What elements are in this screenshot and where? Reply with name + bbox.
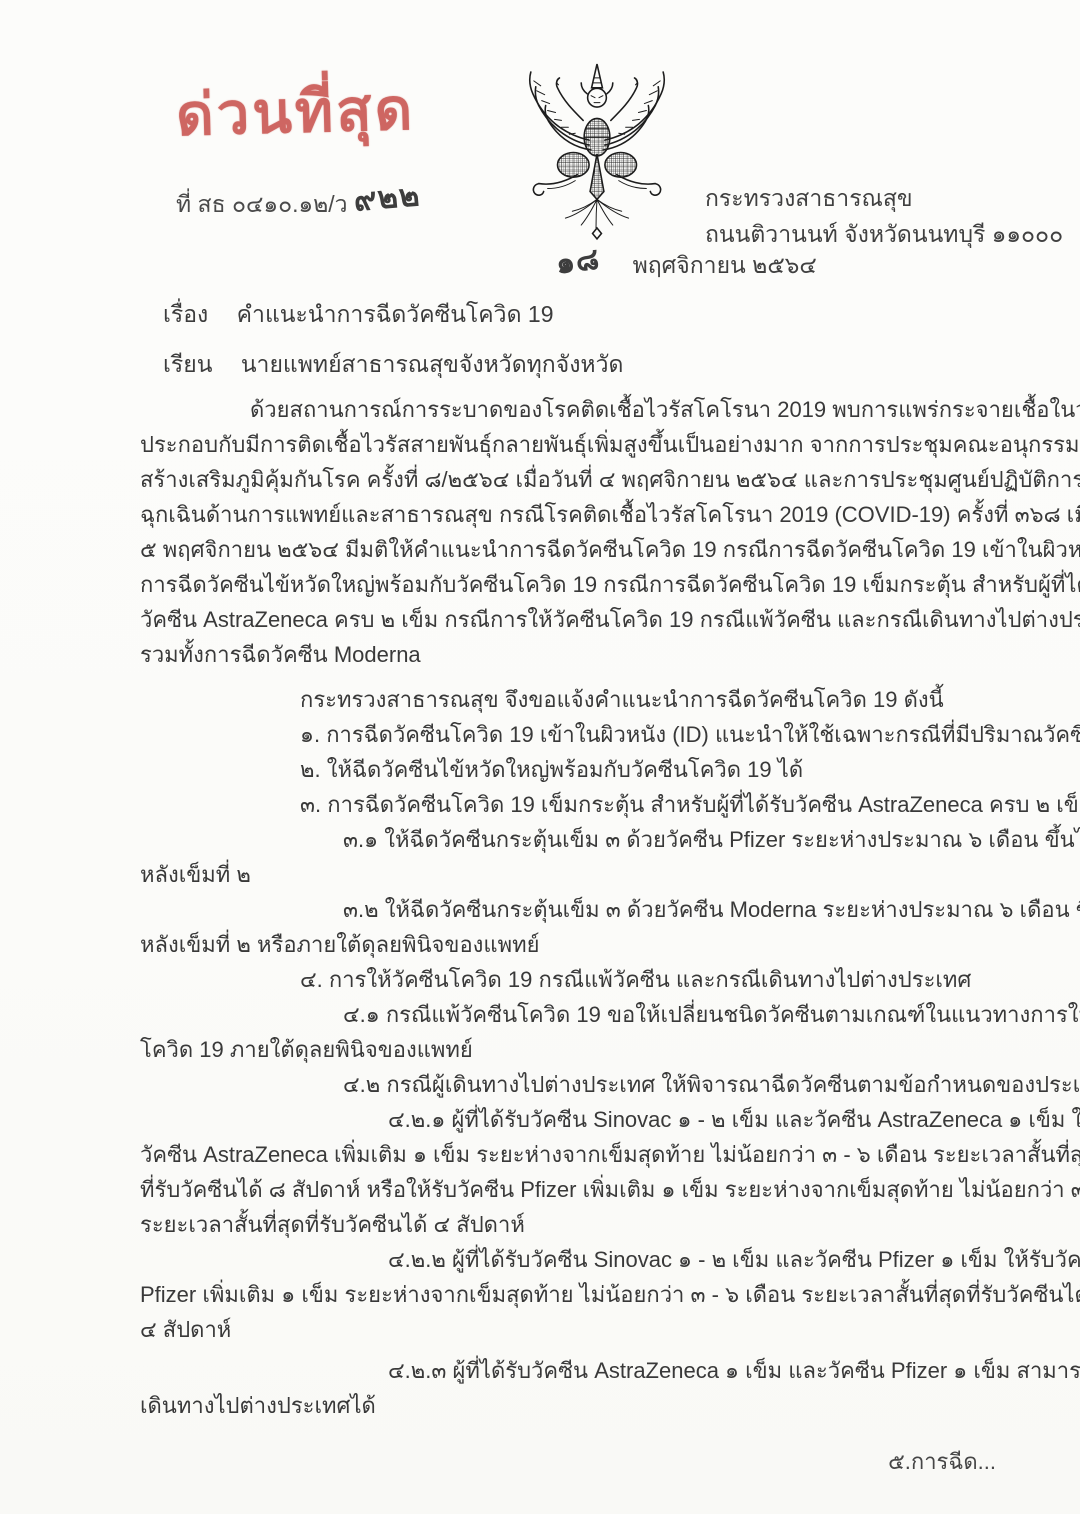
reference-number: ที่ สธ ๐๔๑๐.๑๒/ว ๙๒๒ [176, 176, 421, 226]
body-line: กระทรวงสาธารณสุข จึงขอแจ้งคำแนะนำการฉีดว… [140, 682, 1022, 717]
body-line: การฉีดวัคซีนไข้หวัดใหญ่พร้อมกับวัคซีนโคว… [140, 567, 1022, 602]
subject-line: เรื่อง คำแนะนำการฉีดวัคซีนโควิด 19 [163, 297, 554, 333]
body-line-item-3-1: ๓.๑ ให้ฉีดวัคซีนกระตุ้นเข็ม ๓ ด้วยวัคซีน… [140, 822, 1022, 857]
body-line-item-4-2-3: ๔.๒.๓ ผู้ที่ได้รับวัคซีน AstraZeneca ๑ เ… [140, 1353, 1022, 1388]
body-line: ประกอบกับมีการติดเชื้อไวรัสสายพันธุ์กลาย… [140, 427, 1022, 462]
body-line: รวมทั้งการฉีดวัคซีน Moderna [140, 637, 1022, 672]
date-line: ๑๘ พฤศจิกายน ๒๕๖๔ [556, 240, 817, 287]
body-line: ระยะเวลาสั้นที่สุดที่รับวัคซีนได้ ๔ สัปด… [140, 1207, 1022, 1242]
subject-label: เรื่อง [163, 301, 208, 327]
body-line: ด้วยสถานการณ์การระบาดของโรคติดเชื้อไวรัส… [140, 392, 1022, 427]
body-line-item-3: ๓. การฉีดวัคซีนโควิด 19 เข็มกระตุ้น สำหร… [140, 787, 1022, 822]
body-line-item-4-2-1: ๔.๒.๑ ผู้ที่ได้รับวัคซีน Sinovac ๑ - ๒ เ… [140, 1102, 1022, 1137]
reference-prefix: ที่ สธ ๐๔๑๐.๑๒/ว [176, 191, 348, 217]
body-line: วัคซีน AstraZeneca ครบ ๒ เข็ม กรณีการให้… [140, 602, 1022, 637]
body-line-item-4-2: ๔.๒ กรณีผู้เดินทางไปต่างประเทศ ให้พิจารณ… [140, 1067, 1022, 1102]
reference-number-handwritten: ๙๒๒ [352, 169, 423, 225]
body-line: Pfizer เพิ่มเติม ๑ เข็ม ระยะห่างจากเข็มส… [140, 1277, 1022, 1312]
recipient-label: เรียน [163, 351, 212, 377]
letter-body: ด้วยสถานการณ์การระบาดของโรคติดเชื้อไวรัส… [140, 392, 1022, 1423]
urgency-stamp: ด่วนที่สุด [175, 81, 416, 145]
body-line: วัคซีน AstraZeneca เพิ่มเติม ๑ เข็ม ระยะ… [140, 1137, 1022, 1172]
body-line: ที่รับวัคซีนได้ ๘ สัปดาห์ หรือให้รับวัคซ… [140, 1172, 1022, 1207]
body-line: ๔ สัปดาห์ [140, 1312, 1022, 1347]
recipient-text: นายแพทย์สาธารณสุขจังหวัดทุกจังหวัด [241, 351, 624, 377]
garuda-emblem-icon [518, 60, 676, 242]
body-line: ๕ พฤศจิกายน ๒๕๖๔ มีมติให้คำแนะนำการฉีดวั… [140, 532, 1022, 567]
body-line: หลังเข็มที่ ๒ หรือภายใต้ดุลยพินิจของแพทย… [140, 927, 1022, 962]
body-line-item-1: ๑. การฉีดวัคซีนโควิด 19 เข้าในผิวหนัง (I… [140, 717, 1022, 752]
continuation-note: ๕.การฉีด... [888, 1444, 996, 1479]
body-line-item-4-1: ๔.๑ กรณีแพ้วัคซีนโควิด 19 ขอให้เปลี่ยนชน… [140, 997, 1022, 1032]
recipient-line: เรียน นายแพทย์สาธารณสุขจังหวัดทุกจังหวัด [163, 347, 623, 383]
body-line: เดินทางไปต่างประเทศได้ [140, 1388, 1022, 1423]
body-line-item-4-2-2: ๔.๒.๒ ผู้ที่ได้รับวัคซีน Sinovac ๑ - ๒ เ… [140, 1242, 1022, 1277]
body-line: สร้างเสริมภูมิคุ้มกันโรค ครั้งที่ ๘/๒๕๖๔… [140, 462, 1022, 497]
date-text: พฤศจิกายน ๒๕๖๔ [633, 252, 817, 278]
body-line-item-2: ๒. ให้ฉีดวัคซีนไข้หวัดใหญ่พร้อมกับวัคซีน… [140, 752, 1022, 787]
body-line: หลังเข็มที่ ๒ [140, 857, 1022, 892]
scanned-letter-page: ด่วนที่สุด ที่ สธ ๐๔๑๐.๑๒/ว ๙๒๒ [0, 0, 1080, 1514]
body-line: โควิด 19 ภายใต้ดุลยพินิจของแพทย์ [140, 1032, 1022, 1067]
body-line-item-3-2: ๓.๒ ให้ฉีดวัคซีนกระตุ้นเข็ม ๓ ด้วยวัคซีน… [140, 892, 1022, 927]
body-line: ฉุกเฉินด้านการแพทย์และสาธารณสุข กรณีโรคต… [140, 497, 1022, 532]
date-day-handwritten: ๑๘ [553, 235, 603, 287]
ministry-name: กระทรวงสาธารณสุข [705, 180, 1063, 216]
subject-text: คำแนะนำการฉีดวัคซีนโควิด 19 [237, 301, 554, 327]
body-line-item-4: ๔. การให้วัคซีนโควิด 19 กรณีแพ้วัคซีน แล… [140, 962, 1022, 997]
